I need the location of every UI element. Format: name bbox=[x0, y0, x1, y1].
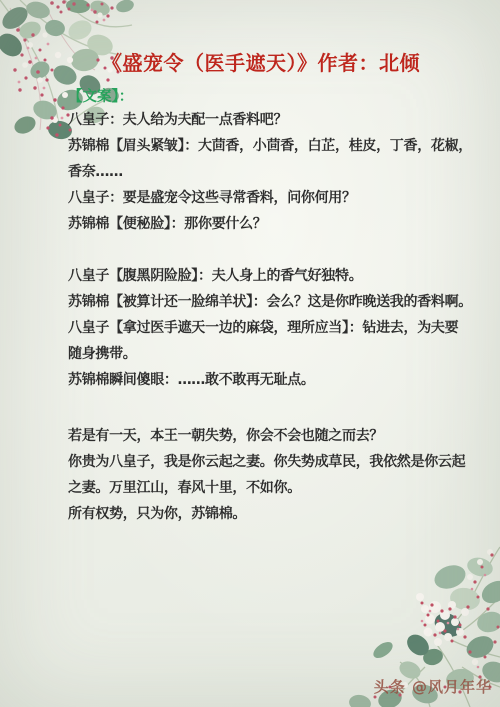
text-line: 八皇子【腹黑阴险脸】：夫人身上的香气好独特。 bbox=[68, 263, 476, 289]
watermark: 头条 @风月年华 bbox=[374, 676, 492, 697]
text-line: 八皇子：夫人给为夫配一点香料吧？ bbox=[68, 107, 476, 133]
gypsophila-blossoms bbox=[402, 549, 493, 688]
text-line: 之妻。万里江山，春风十里，不如你。 bbox=[68, 475, 476, 501]
text-line: 苏锦棉【眉头紧皱】：大茴香，小茴香，白芷，桂皮，丁香，花椒， bbox=[68, 133, 476, 159]
paragraph-group: 若是有一天，本王一朝失势，你会不会也随之而去？你贵为八皇子，我是你云起之妻。你失… bbox=[68, 423, 476, 527]
text-line: 随身携带。 bbox=[68, 341, 476, 367]
text-line: 你贵为八皇子，我是你云起之妻。你失势成草民，我依然是你云起 bbox=[68, 449, 476, 475]
page-title: 《盛宠令（医手遮天）》作者：北倾 bbox=[22, 47, 500, 76]
text-line: 苏锦棉【便秘脸】：那你要什么？ bbox=[68, 211, 476, 237]
text-line: 所有权势，只为你，苏锦棉。 bbox=[68, 501, 476, 527]
text-line: 苏锦棉【被算计还一脸绵羊状】：会么？这是你昨晚送我的香料啊。 bbox=[68, 289, 476, 315]
section-label: 【文案】： bbox=[68, 85, 133, 106]
text-card: 《盛宠令（医手遮天）》作者：北倾 【文案】： 八皇子：夫人给为夫配一点香料吧？苏… bbox=[0, 0, 500, 707]
text-line: 八皇子【拿过医手遮天一边的麻袋，理所应当】：钻进去，为夫要 bbox=[68, 315, 476, 341]
text-line: 苏锦棉瞬间傻眼：……敢不敢再无耻点。 bbox=[68, 367, 476, 393]
light-pink-dots bbox=[421, 574, 487, 669]
text-line: 八皇子：要是盛宠令这些寻常香料，问你何用？ bbox=[68, 185, 476, 211]
paragraph-group: 八皇子：夫人给为夫配一点香料吧？苏锦棉【眉头紧皱】：大茴香，小茴香，白芷，桂皮，… bbox=[68, 107, 476, 237]
text-line: 香奈…… bbox=[68, 159, 476, 185]
text-line: 若是有一天，本王一朝失势，你会不会也随之而去？ bbox=[68, 423, 476, 449]
paragraph-group: 八皇子【腹黑阴险脸】：夫人身上的香气好独特。苏锦棉【被算计还一脸绵羊状】：会么？… bbox=[68, 263, 476, 393]
body-text: 八皇子：夫人给为夫配一点香料吧？苏锦棉【眉头紧皱】：大茴香，小茴香，白芷，桂皮，… bbox=[68, 107, 476, 527]
